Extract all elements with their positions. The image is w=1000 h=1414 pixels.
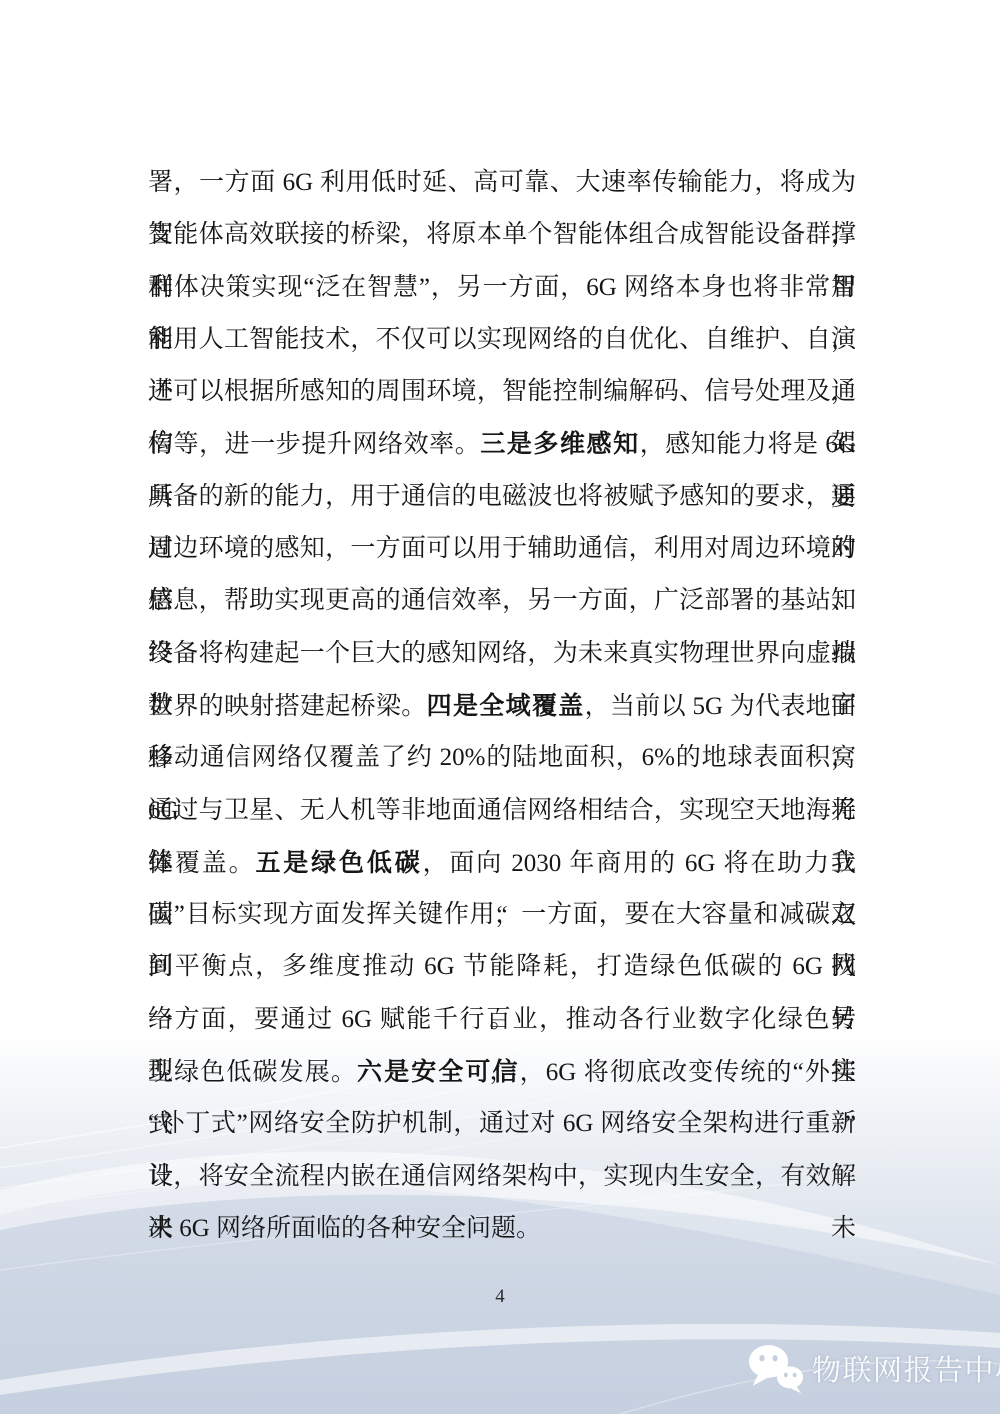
text-run: 构等，进一步提升网络效率。 <box>148 431 480 458</box>
document-page: 署，一方面 6G 利用低时延、高可靠、大速率传输能力，将成为支撑智能体高效联接的… <box>0 0 1000 1414</box>
paragraph-line: 到平衡点，多维度推动 6G 节能降耗，打造绿色低碳的 6G 网络。另 <box>148 941 856 993</box>
text-run: 来 6G 网络所面临的各种安全问题。 <box>148 1215 541 1242</box>
paragraph-line: 具备的新的能力，用于通信的电磁波也将被赋予感知的要求，通过对 <box>148 471 856 523</box>
watermark-label: 物联网报告中心 <box>812 1348 1000 1389</box>
bold-heading-run: 六是安全可信 <box>357 1058 520 1086</box>
text-run: 世界的映射搭建起桥梁。 <box>148 693 427 720</box>
paragraph-line: 构等，进一步提升网络效率。三是多维感知，感知能力将是 6G 所要 <box>148 418 856 470</box>
paragraph-line: 通过与卫星、无人机等非地面通信网络相结合，实现空天地海无缝立 <box>148 785 856 837</box>
bold-heading-run: 三是多维感知 <box>480 430 639 458</box>
wechat-watermark: 物联网报告中心 <box>748 1342 1000 1394</box>
body-text: 署，一方面 6G 利用低时延、高可靠、大速率传输能力，将成为支撑智能体高效联接的… <box>148 157 856 1255</box>
paragraph-line: 碳”目标实现方面发挥关键作用，一方面，要在大容量和减碳之间找 <box>148 889 856 941</box>
paragraph-line: 利用人工智能技术，不仅可以实现网络的自优化、自维护、自演进， <box>148 314 856 366</box>
paragraph-line: 设备将构建起一个巨大的感知网络，为未来真实物理世界向虚拟数字 <box>148 628 856 680</box>
paragraph-line: 体覆盖。五是绿色低碳，面向 2030 年商用的 6G 将在助力我国“双 <box>148 837 856 889</box>
wechat-icon <box>748 1342 804 1394</box>
paragraph-line: 现绿色低碳发展。六是安全可信，6G 将彻底改变传统的“外挂式” <box>148 1046 856 1098</box>
paragraph-line: 智能体高效联接的桥梁，将原本单个智能体组合成智能设备群，利用 <box>148 209 856 261</box>
paragraph-line: “补丁式”网络安全防护机制，通过对 6G 网络安全架构进行重新设 <box>148 1098 856 1150</box>
text-run: 现绿色低碳发展。 <box>148 1059 357 1086</box>
bold-heading-run: 五是绿色低碳 <box>255 849 422 877</box>
paragraph-line: 还可以根据所感知的周围环境，智能控制编解码、信号处理及通信架 <box>148 366 856 418</box>
text-run: 体覆盖。 <box>148 850 255 877</box>
paragraph-line: 世界的映射搭建起桥梁。四是全域覆盖，当前以 5G 为代表地面蜂窝 <box>148 680 856 732</box>
paragraph-line: 一方面，要通过 6G 赋能千行百业，推动各行业数字化绿色转型，实 <box>148 994 856 1046</box>
page-number: 4 <box>0 1286 1000 1308</box>
paragraph-line: 署，一方面 6G 利用低时延、高可靠、大速率传输能力，将成为支撑 <box>148 157 856 209</box>
paragraph-line: 周边环境的感知，一方面可以用于辅助通信，利用对周边环境的感知 <box>148 523 856 575</box>
bold-heading-run: 四是全域覆盖 <box>427 692 585 720</box>
paragraph-line: 信息，帮助实现更高的通信效率，另一方面，广泛部署的基站、终端 <box>148 575 856 627</box>
paragraph-line: 计，将安全流程内嵌在通信网络架构中，实现内生安全，有效解决未 <box>148 1151 856 1203</box>
paragraph-line: 群体决策实现“泛在智慧”，另一方面，6G 网络本身也将非常智能， <box>148 262 856 314</box>
paragraph-line: 移动通信网络仅覆盖了约 20%的陆地面积，6%的地球表面积，6G 将 <box>148 732 856 784</box>
